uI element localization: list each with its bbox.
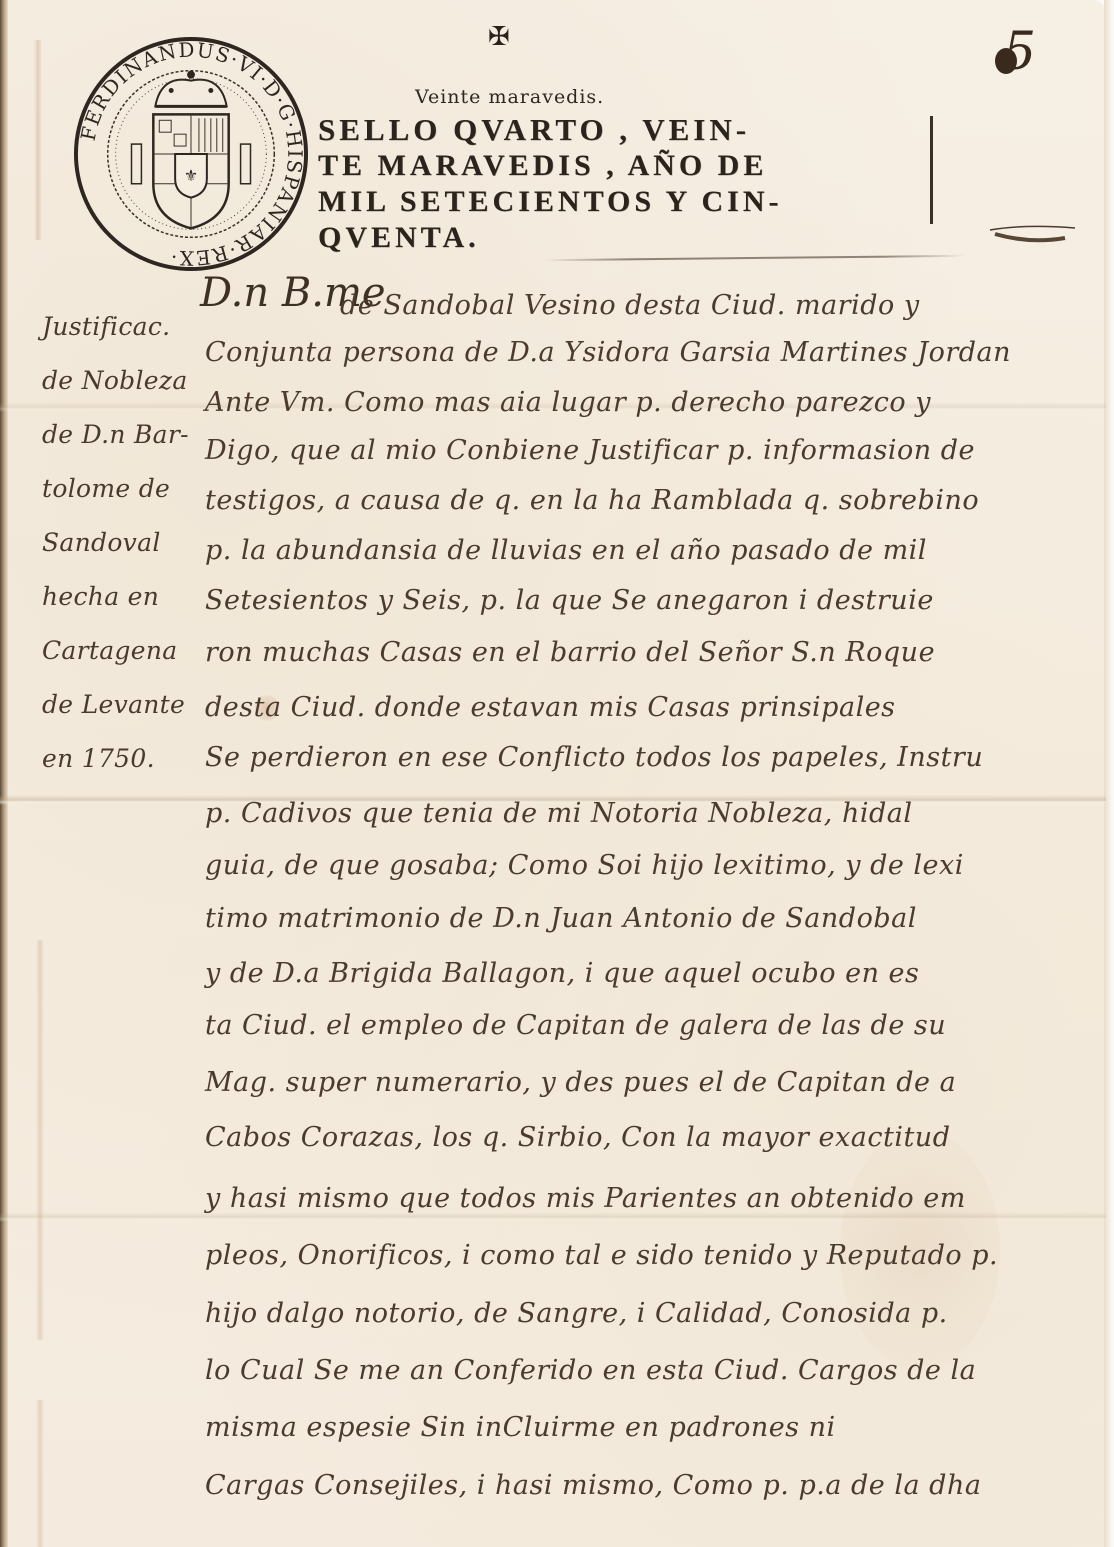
manuscript-line: testigos, a causa de q. en la ha Ramblad… xyxy=(205,485,979,516)
manuscript-line: guia, de que gosaba; Como Soi hijo lexit… xyxy=(205,850,964,881)
manuscript-line: ron muchas Casas en el barrio del Señor … xyxy=(205,637,935,668)
manuscript-line: desta Ciud. donde estavan mis Casas prin… xyxy=(205,692,896,723)
manuscript-line: Setesientos y Seis, p. la que Se anegaro… xyxy=(205,585,934,616)
stamp-header-line: MIL SETECIENTOS Y CIN- xyxy=(318,184,938,220)
coat-of-arms-icon: FERDINANDUS·VI·D·G·HISPANIAR·REX· ⚜ xyxy=(72,35,310,273)
margin-note-line: Sandoval xyxy=(42,516,217,570)
manuscript-line: Digo, que al mio Conbiene Justificar p. … xyxy=(205,435,975,466)
pen-flourish-icon xyxy=(985,222,1080,244)
stamped-paper-header: SELLO QVARTO , VEIN- TE MARAVEDIS , AÑO … xyxy=(318,112,938,256)
stamp-value-text: Veinte maravedis. xyxy=(415,86,604,108)
manuscript-line: Ante Vm. Como mas aia lugar p. derecho p… xyxy=(205,387,931,418)
margin-note-line: de Levante xyxy=(42,678,217,732)
paper-right-edge xyxy=(1104,0,1114,1547)
svg-text:⚜: ⚜ xyxy=(184,166,198,185)
margin-note-line: hecha en xyxy=(42,570,217,624)
stamp-header-line: SELLO QVARTO , VEIN- xyxy=(318,112,938,148)
margin-note-line: tolome de xyxy=(42,462,217,516)
stamp-border-mark xyxy=(930,116,933,224)
margin-note: Justificac. de Nobleza de D.n Bar- tolom… xyxy=(42,300,217,786)
manuscript-line: hijo dalgo notorio, de Sangre, i Calidad… xyxy=(205,1298,948,1329)
manuscript-line: Cargas Consejiles, i hasi mismo, Como p.… xyxy=(205,1470,981,1501)
manuscript-line: Mag. super numerario, y des pues el de C… xyxy=(205,1067,956,1098)
manuscript-line: Se perdieron en ese Conflicto todos los … xyxy=(205,742,983,773)
cross-mark-icon: ✠ xyxy=(488,22,510,52)
stamp-header-line: QVENTA. xyxy=(318,220,938,256)
manuscript-line: pleos, Onorificos, i como tal e sido ten… xyxy=(205,1240,998,1271)
margin-note-line: Justificac. xyxy=(42,300,217,354)
paper-fold-vertical xyxy=(36,940,44,1340)
manuscript-line: y de D.a Brigida Ballagon, i que aquel o… xyxy=(205,958,919,989)
manuscript-line: Cabos Corazas, los q. Sirbio, Con la may… xyxy=(205,1122,950,1153)
paper-fold-vertical xyxy=(36,1400,44,1547)
manuscript-line: y hasi mismo que todos mis Parientes an … xyxy=(205,1183,966,1214)
manuscript-line: lo Cual Se me an Conferido en esta Ciud.… xyxy=(205,1355,976,1386)
margin-note-line: Cartagena xyxy=(42,624,217,678)
margin-note-line: de D.n Bar- xyxy=(42,408,217,462)
manuscript-line: Conjunta persona de D.a Ysidora Garsia M… xyxy=(205,337,1011,368)
manuscript-line: de Sandobal Vesino desta Ciud. marido y xyxy=(340,290,920,321)
royal-seal-stamp: FERDINANDUS·VI·D·G·HISPANIAR·REX· ⚜ xyxy=(72,35,310,273)
manuscript-line: p. la abundansia de lluvias en el año pa… xyxy=(205,535,927,566)
margin-note-line: en 1750. xyxy=(42,732,217,786)
manuscript-line: ta Ciud. el empleo de Capitan de galera … xyxy=(205,1010,946,1041)
stamp-header-line: TE MARAVEDIS , AÑO DE xyxy=(318,148,938,184)
paper-fold-vertical xyxy=(34,40,42,240)
margin-note-line: de Nobleza xyxy=(42,354,217,408)
manuscript-line: p. Cadivos que tenia de mi Notoria Noble… xyxy=(205,798,913,829)
page-number: 5 xyxy=(1003,26,1036,78)
manuscript-line: timo matrimonio de D.n Juan Antonio de S… xyxy=(205,903,917,934)
manuscript-line: misma espesie Sin inCluirme en padrones … xyxy=(205,1412,836,1443)
paper-left-edge xyxy=(0,0,8,1547)
